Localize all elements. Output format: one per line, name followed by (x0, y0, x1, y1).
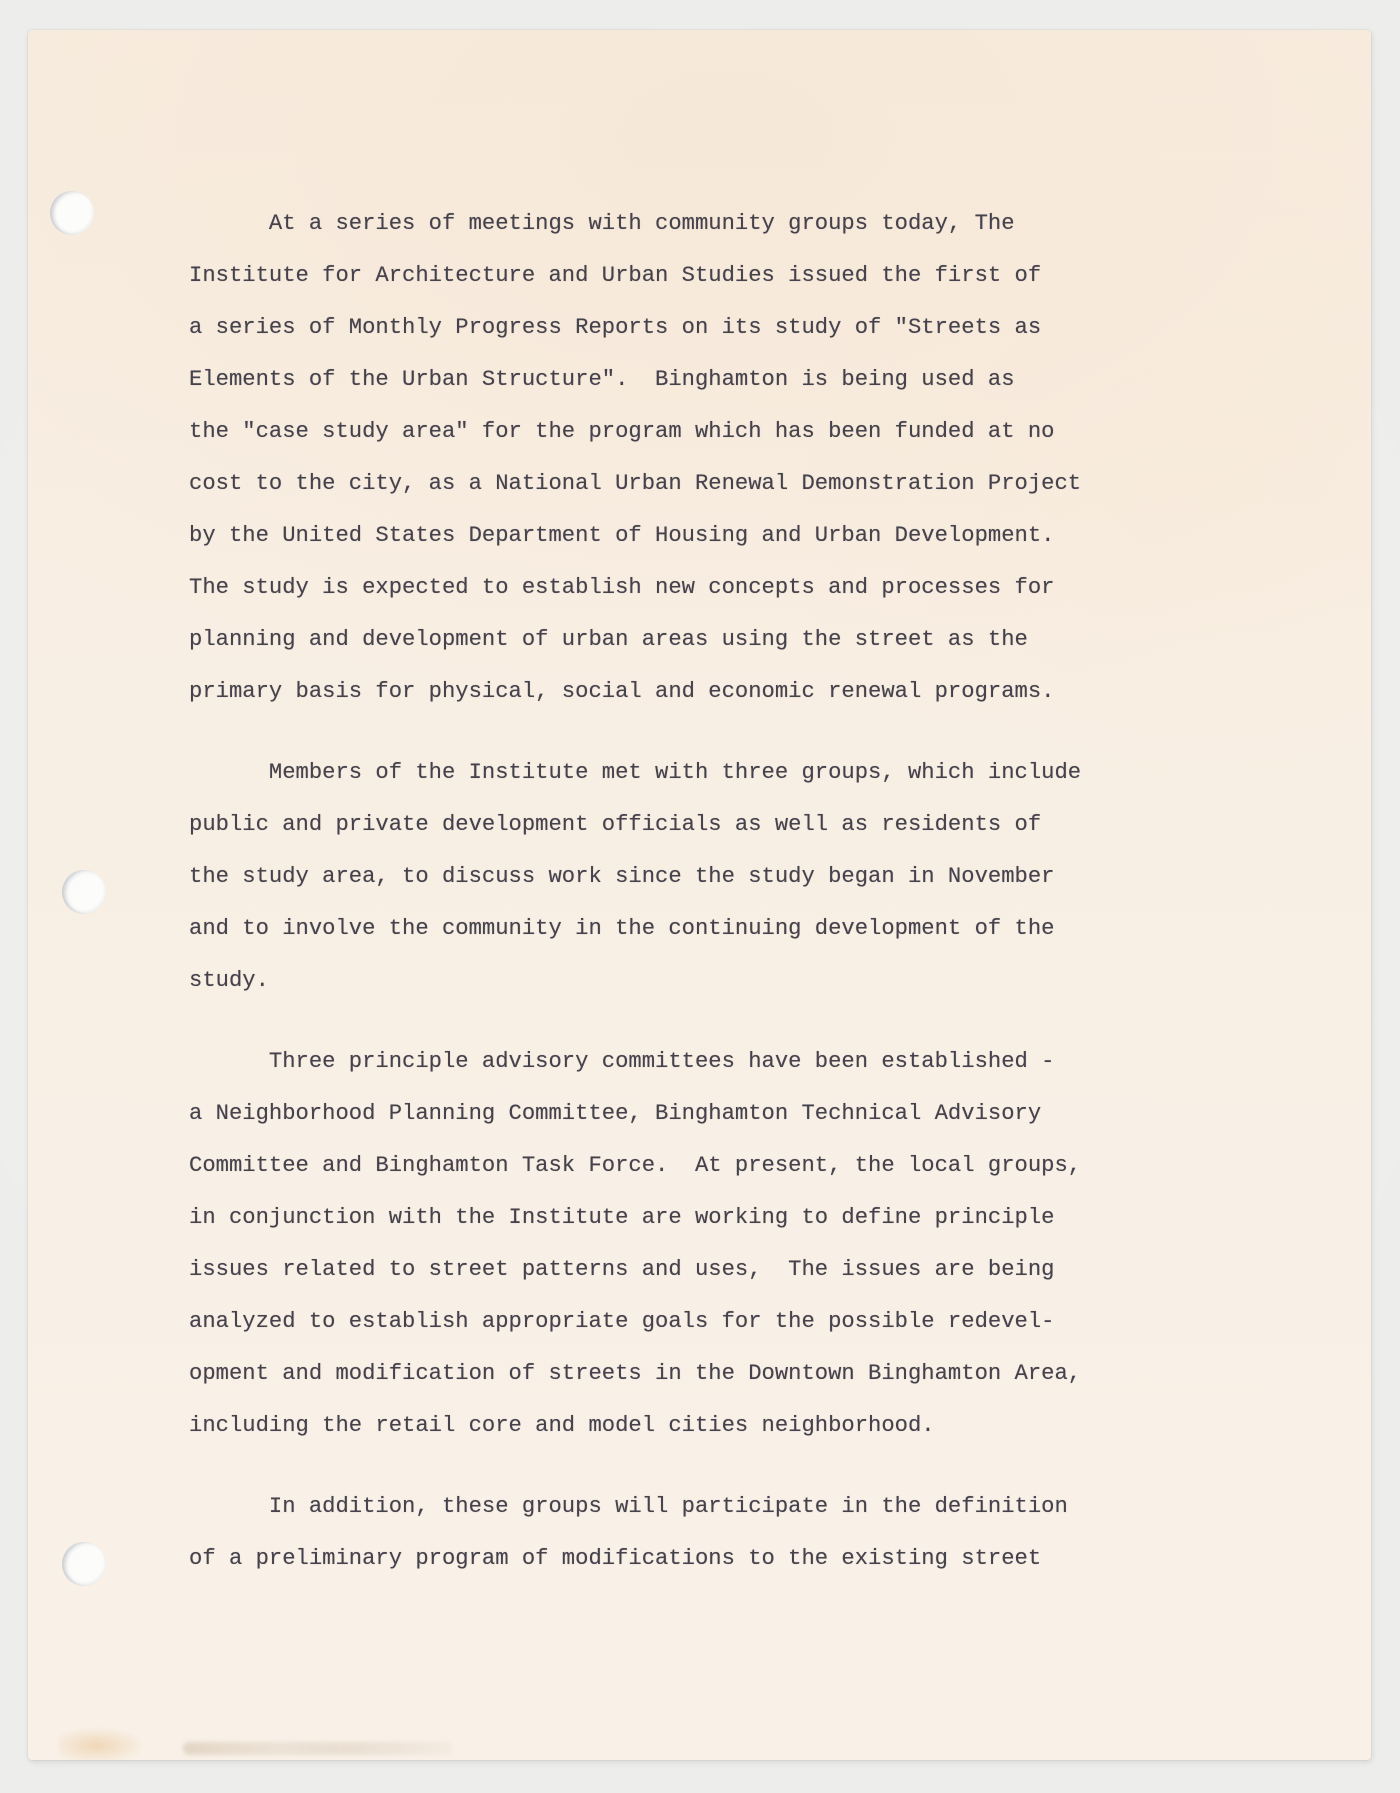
paragraph-2: Members of the Institute met with three … (189, 747, 1354, 1007)
paragraph-1: At a series of meetings with community g… (189, 198, 1354, 718)
punch-hole-top (50, 191, 94, 235)
punch-hole-bottom (62, 1542, 106, 1586)
punch-hole-middle (62, 870, 106, 914)
typewritten-text: At a series of meetings with community g… (189, 198, 1354, 1614)
scanned-page: At a series of meetings with community g… (28, 30, 1371, 1760)
paragraph-3: Three principle advisory committees have… (189, 1036, 1354, 1452)
paragraph-4: In addition, these groups will participa… (189, 1481, 1354, 1585)
bottom-left-stain (58, 1724, 168, 1760)
faint-bottom-mark (183, 1742, 453, 1755)
scan-background: At a series of meetings with community g… (0, 0, 1400, 1793)
